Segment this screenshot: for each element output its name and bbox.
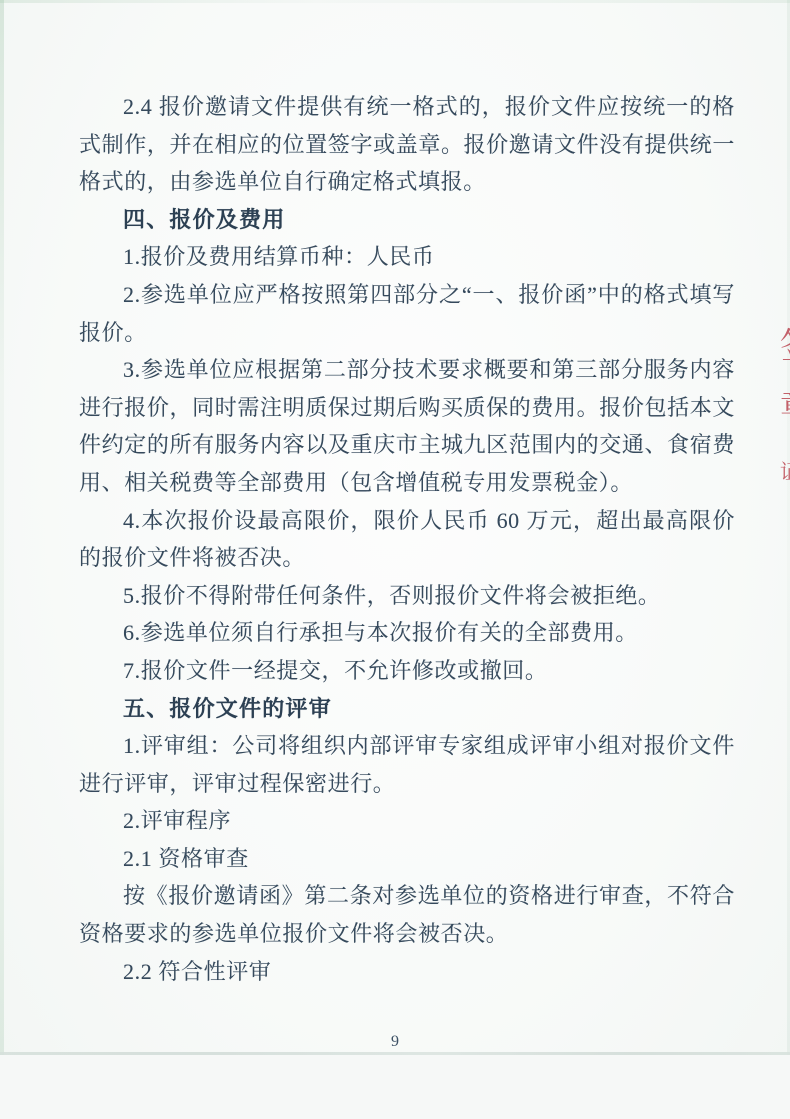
section-heading: 四、报价及费用	[79, 201, 735, 239]
body-paragraph: 5.报价不得附带任何条件，否则报价文件将会被拒绝。	[79, 577, 735, 615]
scan-area-below-page	[0, 1055, 790, 1119]
page-edge-tint-top	[0, 0, 790, 3]
body-paragraph: 1.报价及费用结算币种：人民币	[79, 238, 735, 276]
body-paragraph: 2.参选单位应严格按照第四部分之“一、报价函”中的格式填写报价。	[79, 276, 735, 351]
red-stamp-fragment-icon: 证	[780, 461, 790, 484]
page-edge-tint-left	[0, 0, 4, 1119]
body-paragraph: 2.4 报价邀请文件提供有统一格式的，报价文件应按统一的格式制作，并在相应的位置…	[79, 88, 735, 201]
red-stamp-fragment-icon: 章	[780, 389, 790, 423]
body-paragraph: 2.1 资格审查	[79, 840, 735, 878]
body-paragraph: 7.报价文件一经提交，不允许修改或撤回。	[79, 652, 735, 690]
red-stamp-fragment-glyph: 章	[780, 389, 790, 423]
document-body: 2.4 报价邀请文件提供有统一格式的，报价文件应按统一的格式制作，并在相应的位置…	[79, 88, 735, 990]
body-paragraph: 3.参选单位应根据第二部分技术要求概要和第三部分服务内容进行报价，同时需注明质保…	[79, 351, 735, 501]
page-edge-scan-line	[0, 1052, 790, 1055]
body-paragraph: 2.评审程序	[79, 802, 735, 840]
scanned-document-page: { "page": { "page_number": "9" }, "color…	[0, 0, 790, 1119]
red-stamp-fragment-glyph: 证	[780, 461, 790, 484]
page-number: 9	[0, 1032, 790, 1052]
body-paragraph: 4.本次报价设最高限价，限价人民币 60 万元，超出最高限价的报价文件将被否决。	[79, 502, 735, 577]
body-paragraph: 2.2 符合性评审	[79, 953, 735, 991]
red-stamp-fragment-glyph: 签	[780, 326, 790, 366]
page-edge-tint-bottom	[0, 1115, 790, 1119]
section-heading: 五、报价文件的评审	[79, 690, 735, 728]
body-paragraph: 6.参选单位须自行承担与本次报价有关的全部费用。	[79, 614, 735, 652]
red-stamp-fragment-icon: 签	[780, 326, 790, 366]
body-paragraph: 1.评审组：公司将组织内部评审专家组成评审小组对报价文件进行评审，评审过程保密进…	[79, 727, 735, 802]
body-paragraph: 按《报价邀请函》第二条对参选单位的资格进行审查，不符合资格要求的参选单位报价文件…	[79, 877, 735, 952]
